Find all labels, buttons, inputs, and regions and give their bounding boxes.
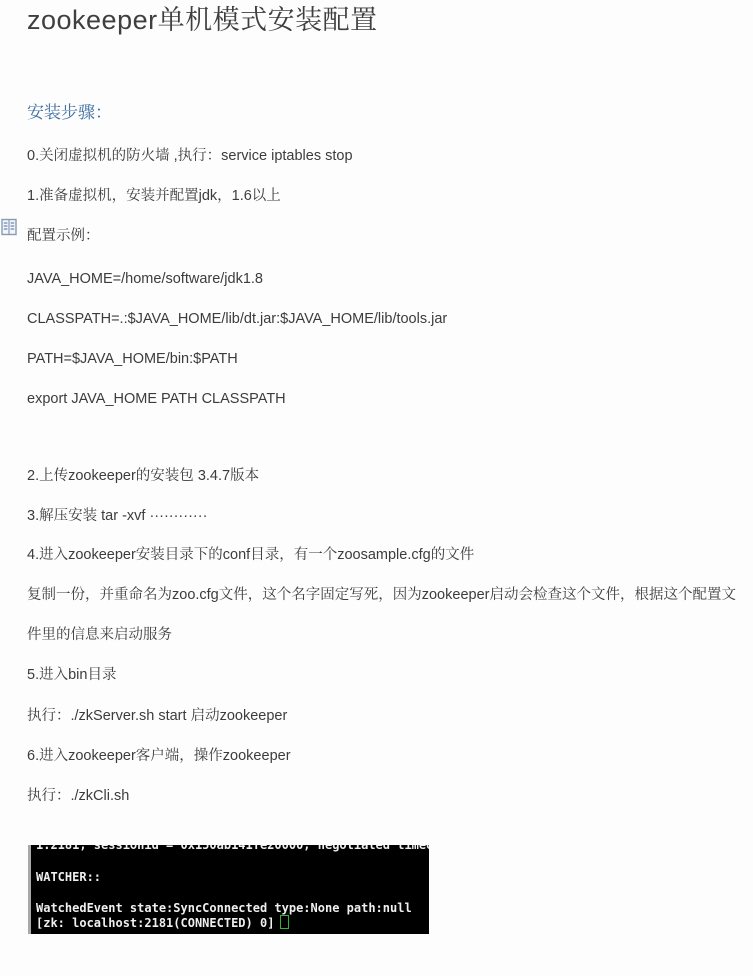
table-icon (1, 218, 18, 237)
step-3: 3.解压安装 tar -xvf ············ (27, 496, 741, 536)
step-5-command: 执行：./zkServer.sh start 启动zookeeper (27, 696, 741, 736)
section-heading: 安装步骤： (27, 101, 112, 125)
step-6-command: 执行：./zkCli.sh (27, 776, 741, 816)
step-6: 6.进入zookeeper客户端，操作zookeeper (27, 736, 741, 776)
step-4-note: 复制一份，并重命名为zoo.cfg文件，这个名字固定写死，因为zookeeper… (27, 575, 741, 655)
config-line-export: export JAVA_HOME PATH CLASSPATH (27, 379, 741, 419)
terminal-prompt: [zk: localhost:2181(CONNECTED) 0] (36, 916, 274, 930)
terminal-line-watcher: WATCHER:: (36, 870, 101, 884)
config-line-java-home: JAVA_HOME=/home/software/jdk1.8 (27, 259, 741, 299)
step-4: 4.进入zookeeper安装目录下的conf目录，有一个zoosample.c… (27, 535, 741, 575)
config-example-label: 配置示例： (27, 216, 741, 256)
config-line-classpath: CLASSPATH=.:$JAVA_HOME/lib/dt.jar:$JAVA_… (27, 299, 741, 339)
step-2: 2.上传zookeeper的安装包 3.4.7版本 (27, 456, 741, 496)
step-0: 0.关闭虚拟机的防火墙 ,执行：service iptables stop (27, 136, 741, 176)
terminal-screenshot: 1:2181, sessionid = 0x150ab141fe20000, n… (28, 845, 429, 934)
terminal-line-session: 1:2181, sessionid = 0x150ab141fe20000, n… (36, 845, 429, 852)
terminal-line-watched-event: WatchedEvent state:SyncConnected type:No… (36, 901, 412, 915)
page-title: zookeeper单机模式安装配置 (27, 2, 378, 38)
step-1: 1.准备虚拟机，安装并配置jdk，1.6以上 (27, 176, 741, 216)
table-margin-icon[interactable] (1, 218, 18, 237)
terminal-cursor-icon (280, 915, 289, 929)
terminal-prompt-line: [zk: localhost:2181(CONNECTED) 0] (36, 915, 289, 930)
config-line-path: PATH=$JAVA_HOME/bin:$PATH (27, 339, 741, 379)
step-5: 5.进入bin目录 (27, 655, 741, 695)
